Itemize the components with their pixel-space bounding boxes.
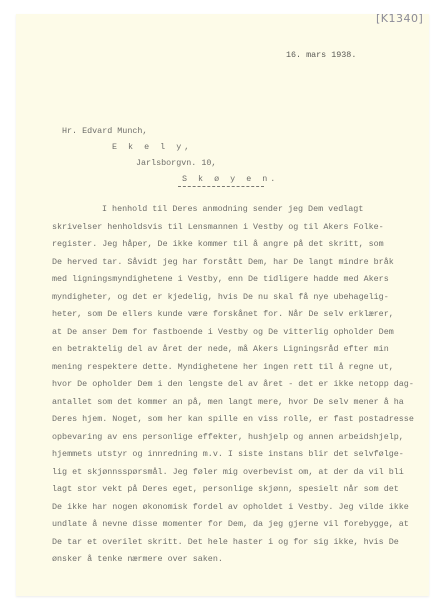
body-line: at De anser Dem for fastboende i Vestby … — [52, 324, 412, 342]
body-line: I henhold til Deres anmodning sender jeg… — [52, 201, 412, 219]
body-line: lig et skjønnsspørsmål. Jeg føler mig ov… — [52, 464, 412, 482]
body-line: De ikke har nogen økonomisk fordel av op… — [52, 499, 412, 517]
body-line: hvor De opholder Dem i den lengste del a… — [52, 376, 412, 394]
recipient-estate: E k e l y, — [112, 142, 192, 152]
body-line: skrivelser henholdsvis til Lensmannen i … — [52, 219, 412, 237]
body-line: Deres hjem. Noget, som her kan spille en… — [52, 411, 412, 429]
body-line: undlate å nevne disse momenter for Dem, … — [52, 516, 412, 534]
body-line: De tar et overilet skritt. Det hele hast… — [52, 534, 412, 552]
recipient-name: Hr. Edvard Munch, — [62, 126, 147, 136]
body-line: opbevaring av ens personlige effekter, h… — [52, 429, 412, 447]
body-line: antallet som det kommer an på, men langt… — [52, 394, 412, 412]
body-line: lagt stor vekt på Deres eget, personlige… — [52, 481, 412, 499]
body-line: heter, som De ellers kunde være forskåne… — [52, 306, 412, 324]
archive-reference: [K1340] — [376, 12, 423, 25]
address-underline — [178, 186, 264, 187]
recipient-street: Jarlsborgvn. 10, — [136, 158, 216, 168]
body-line: De herved tar. Såvidt jeg har forstått D… — [52, 254, 412, 272]
body-line: mening respektere dette. Myndighetene he… — [52, 359, 412, 377]
body-line: ønsker å tenke nærmere over saken. — [52, 551, 412, 569]
body-line: med ligningsmyndighetene i Vestby, enn D… — [52, 271, 412, 289]
body-line: hjemmets utstyr og innredning m.v. I sis… — [52, 446, 412, 464]
letter-date: 16. mars 1938. — [286, 50, 356, 60]
recipient-place: S k ø y e n. — [182, 174, 278, 184]
body-line: myndigheter, og det er kjedelig, hvis De… — [52, 289, 412, 307]
letter-body: I henhold til Deres anmodning sender jeg… — [52, 201, 412, 569]
body-line: en betraktelig del av året der nede, må … — [52, 341, 412, 359]
body-line: register. Jeg håper, De ikke kommer til … — [52, 236, 412, 254]
